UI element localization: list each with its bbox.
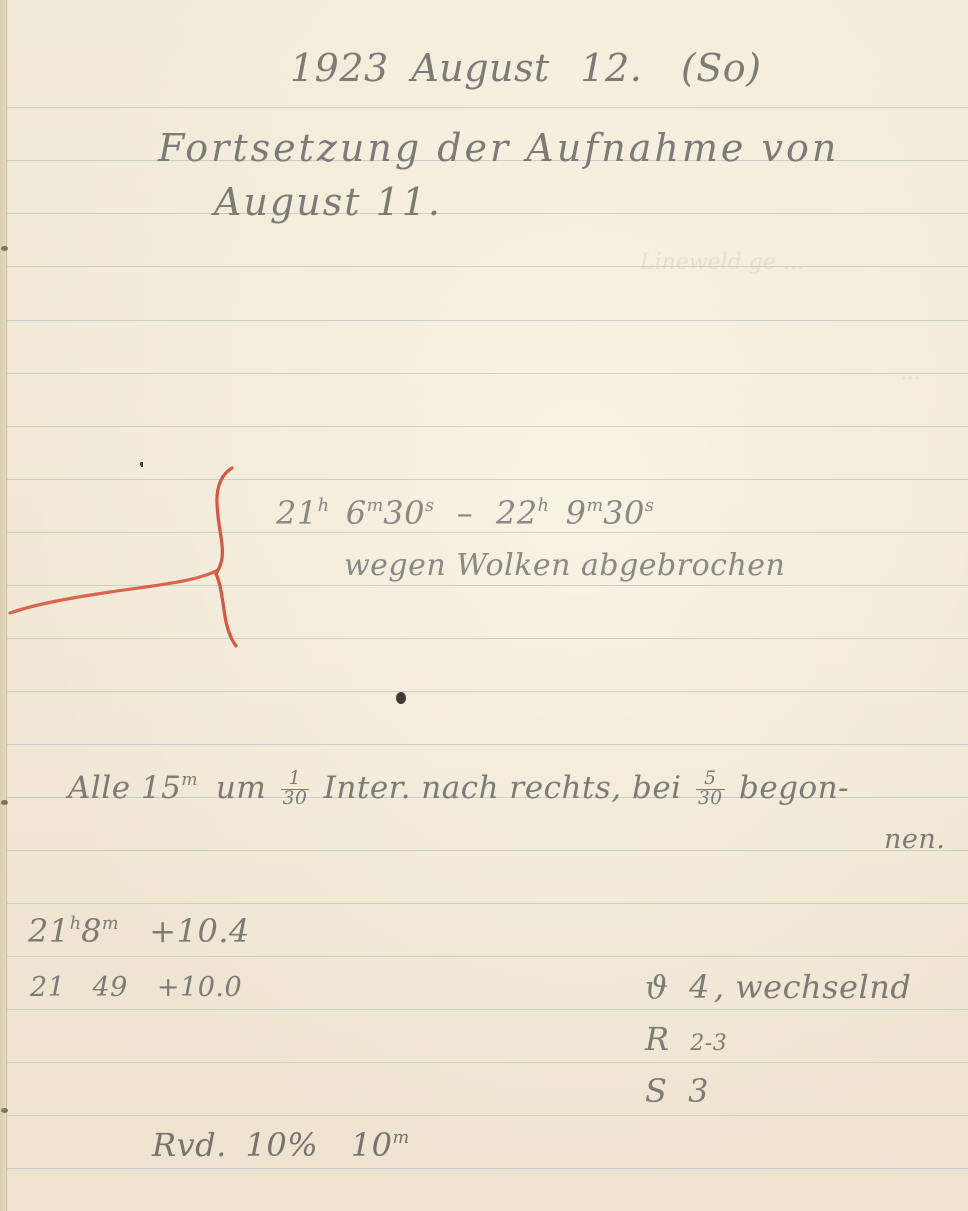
temperature-reading-1: 21h8m +10.4 (28, 912, 250, 950)
seeing-row-r: R 2-3 (645, 1020, 727, 1058)
rule-line (6, 1009, 968, 1010)
rule-line (6, 213, 968, 214)
start-hour: 21 (276, 494, 318, 532)
date-day: 12. (580, 46, 642, 90)
interrupted-interval: 21h 6m30s – 22h 9m30s (276, 494, 654, 532)
unit-m: m (393, 1128, 410, 1148)
rule-line (6, 903, 968, 904)
start-minute: 6 (346, 494, 367, 532)
rule-line (6, 1062, 968, 1063)
seeing-row-theta: ϑ 4, wechselnd (645, 968, 911, 1006)
procedure-part-4: begon- (739, 770, 849, 806)
procedure-continuation: nen. (884, 824, 945, 855)
reading-value: +10.0 (157, 972, 242, 1003)
rule-line (6, 373, 968, 374)
end-second: 30 (603, 494, 645, 532)
ink-blot (396, 692, 406, 704)
ink-speck (140, 462, 143, 466)
start-fraction: 530 (696, 770, 725, 808)
unit-h: h (70, 914, 81, 934)
unit-m: m (102, 914, 119, 934)
end-minute: 9 (566, 494, 587, 532)
show-through-text: ... (900, 360, 921, 385)
rule-line (6, 1115, 968, 1116)
show-through-text: Lineweld ge ... (640, 250, 804, 275)
seeing-symbol: ϑ (645, 968, 668, 1006)
rule-line (6, 744, 968, 745)
seeing-row-s: S 3 (645, 1072, 709, 1110)
procedure-part-3: Inter. nach rechts, bei (324, 770, 682, 806)
reading-hour: 21 (30, 972, 65, 1003)
notebook-page: Lineweld ge ... ... 1923 August 12. (So)… (0, 0, 968, 1211)
binding-hole (1, 1108, 8, 1113)
rule-line (6, 691, 968, 692)
unit-s: s (645, 496, 654, 516)
rule-line (6, 956, 968, 957)
binding-hole (1, 800, 8, 805)
procedure-part-1: Alle 15 (68, 770, 181, 806)
intro-line-2: August 11. (214, 180, 442, 224)
rule-line (6, 266, 968, 267)
reading-minute: 8 (81, 912, 102, 950)
unit-h: h (318, 496, 329, 516)
footer-label: Rvd. (152, 1126, 227, 1164)
footer-percent: 10% (246, 1126, 319, 1164)
seeing-symbol: R (645, 1020, 670, 1058)
reading-value: +10.4 (149, 912, 250, 950)
unit-m: m (586, 496, 603, 516)
rule-line (6, 426, 968, 427)
rule-line (6, 107, 968, 108)
small-fraction: 130 (281, 770, 310, 808)
footer-note: Rvd. 10% 10m (152, 1126, 409, 1164)
rule-line (6, 1168, 968, 1169)
seeing-value: 4 (689, 968, 710, 1006)
footer-duration: 10 (351, 1126, 393, 1164)
seeing-value: 3 (688, 1072, 709, 1110)
intro-line-1: Fortsetzung der Aufnahme von (158, 126, 839, 170)
date-year: 1923 (290, 46, 389, 90)
procedure-note: Alle 15m um 130 Inter. nach rechts, bei … (68, 770, 849, 809)
interval-dash: – (457, 494, 474, 532)
reading-minute: 49 (92, 972, 127, 1003)
red-brace-marker (0, 450, 260, 660)
seeing-symbol: S (645, 1072, 667, 1110)
unit-s: s (425, 496, 434, 516)
interruption-reason: wegen Wolken abgebrochen (344, 548, 785, 583)
entry-date: 1923 August 12. (So) (290, 46, 762, 90)
end-hour: 22 (496, 494, 538, 532)
date-weekday: (So) (681, 46, 762, 90)
procedure-unit-m: m (181, 770, 197, 790)
reading-hour: 21 (28, 912, 70, 950)
seeing-value: 2-3 (690, 1031, 727, 1056)
binding-hole (1, 246, 8, 251)
unit-m: m (367, 496, 384, 516)
rule-line (6, 850, 968, 851)
procedure-part-2: um (216, 770, 266, 806)
seeing-note: , wechselnd (714, 968, 911, 1006)
unit-h: h (538, 496, 549, 516)
start-second: 30 (383, 494, 425, 532)
rule-line (6, 320, 968, 321)
date-month: August (411, 46, 550, 90)
temperature-reading-2: 21 49 +10.0 (30, 972, 242, 1003)
